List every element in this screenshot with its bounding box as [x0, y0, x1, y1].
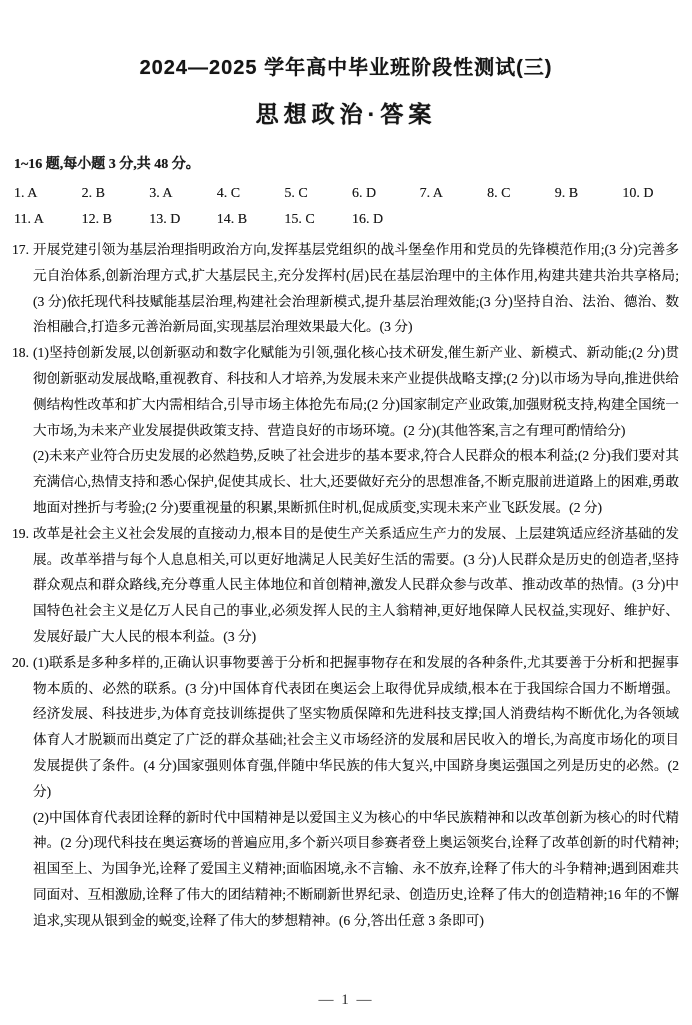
answer-item-8: 8. C — [487, 181, 555, 207]
question-paragraph: (2)未来产业符合历史发展的必然趋势,反映了社会进步的基本要求,符合人民群众的根… — [33, 443, 679, 520]
question-number: 19. — [12, 521, 29, 547]
question-number: 20. — [12, 650, 29, 676]
question-paragraph: 开展党建引领为基层治理指明政治方向,发挥基层党组织的战斗堡垒作用和党员的先锋模范… — [33, 237, 679, 340]
question-paragraph: (1)坚持创新发展,以创新驱动和数字化赋能为引领,强化核心技术研发,催生新产业、… — [33, 340, 679, 443]
answer-item-15: 15. C — [284, 207, 352, 233]
answer-item-16: 16. D — [352, 207, 420, 233]
answer-sheet-page: 2024—2025 学年高中毕业班阶段性测试(三) 思想政治·答案 1~16 题… — [0, 0, 692, 1025]
answer-item-10: 10. D — [622, 181, 690, 207]
question-19: 19. 改革是社会主义社会发展的直接动力,根本目的是使生产关系适应生产力的发展、… — [12, 521, 679, 650]
answer-item-3: 3. A — [149, 181, 217, 207]
answer-item-6: 6. D — [352, 181, 420, 207]
answer-item-11: 11. A — [14, 207, 82, 233]
scoring-note: 1~16 题,每小题 3 分,共 48 分。 — [0, 154, 692, 176]
answer-item-1: 1. A — [14, 181, 82, 207]
answer-item-4: 4. C — [217, 181, 285, 207]
page-number: — 1 — — [0, 992, 692, 1009]
question-paragraph: 改革是社会主义社会发展的直接动力,根本目的是使生产关系适应生产力的发展、上层建筑… — [33, 521, 679, 650]
answer-item-5: 5. C — [284, 181, 352, 207]
answer-item-7: 7. A — [420, 181, 488, 207]
question-18: 18. (1)坚持创新发展,以创新驱动和数字化赋能为引领,强化核心技术研发,催生… — [12, 340, 679, 521]
answer-item-12: 12. B — [82, 207, 150, 233]
question-paragraph: (1)联系是多种多样的,正确认识事物要善于分析和把握事物存在和发展的各种条件,尤… — [33, 650, 679, 805]
answer-item-13: 13. D — [149, 207, 217, 233]
question-number: 17. — [12, 237, 29, 263]
question-paragraph: (2)中国体育代表团诠释的新时代中国精神是以爱国主义为核心的中华民族精神和以改革… — [33, 805, 679, 934]
page-title: 2024—2025 学年高中毕业班阶段性测试(三) — [0, 54, 692, 82]
answer-key: 1. A 2. B 3. A 4. C 5. C 6. D 7. A 8. C … — [0, 181, 692, 233]
question-20: 20. (1)联系是多种多样的,正确认识事物要善于分析和把握事物存在和发展的各种… — [12, 650, 679, 934]
free-response-answers: 17. 开展党建引领为基层治理指明政治方向,发挥基层党组织的战斗堡垒作用和党员的… — [0, 237, 692, 934]
page-subtitle: 思想政治·答案 — [0, 98, 692, 130]
question-number: 18. — [12, 340, 29, 366]
answer-item-14: 14. B — [217, 207, 285, 233]
answer-item-2: 2. B — [82, 181, 150, 207]
answer-item-9: 9. B — [555, 181, 623, 207]
question-17: 17. 开展党建引领为基层治理指明政治方向,发挥基层党组织的战斗堡垒作用和党员的… — [12, 237, 679, 340]
